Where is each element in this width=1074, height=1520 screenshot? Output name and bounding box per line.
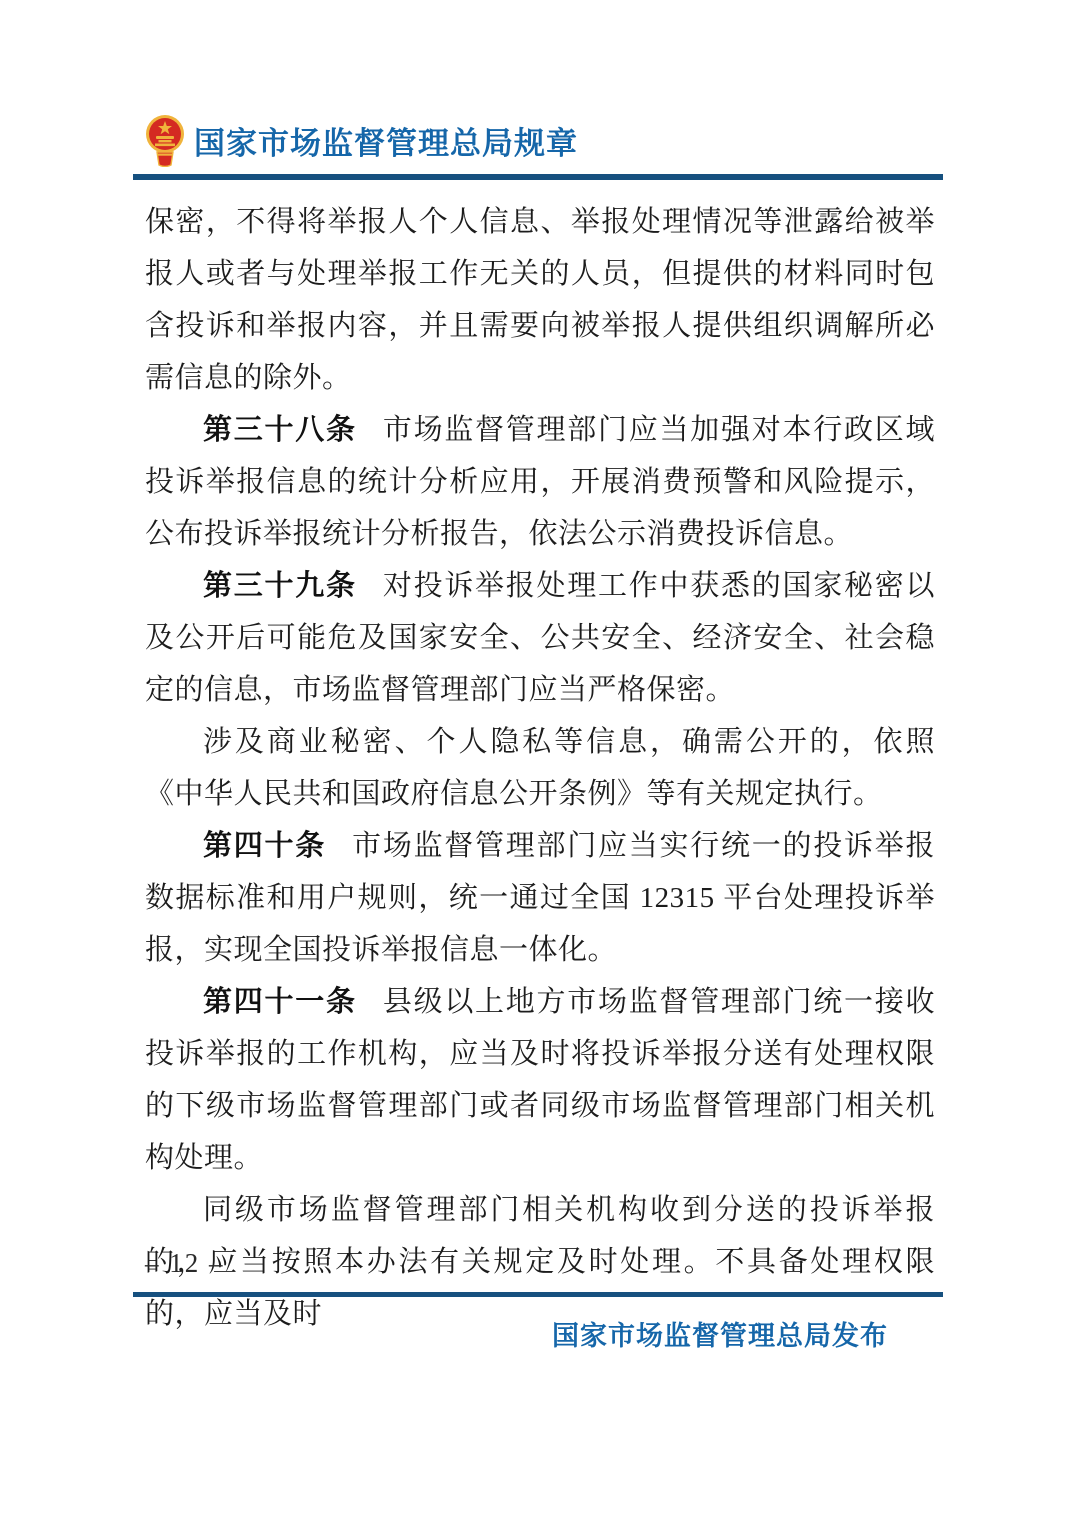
document-page: 国家市场监督管理总局规章 保密，不得将举报人个人信息、举报处理情况等泄露给被举报… <box>0 0 1074 1520</box>
page-header: 国家市场监督管理总局规章 <box>145 113 578 167</box>
document-header-title: 国家市场监督管理总局规章 <box>194 118 578 163</box>
header-rule-line <box>133 174 943 180</box>
paragraph: 涉及商业秘密、个人隐私等信息，确需公开的，依照《中华人民共和国政府信息公开条例》… <box>145 716 935 820</box>
paragraph-text: 保密，不得将举报人个人信息、举报处理情况等泄露给被举报人或者与处理举报工作无关的… <box>145 206 935 394</box>
publisher-line: 国家市场监督管理总局发布 <box>133 1314 943 1353</box>
paragraph: 第四十条市场监督管理部门应当实行统一的投诉举报数据标准和用户规则，统一通过全国 … <box>145 820 935 976</box>
article-number: 第三十九条 <box>203 570 357 602</box>
paragraph-text: 同级市场监督管理部门相关机构收到分送的投诉举报的，应当按照本办法有关规定及时处理… <box>145 1194 935 1330</box>
paragraph: 第三十八条市场监督管理部门应当加强对本行政区域投诉举报信息的统计分析应用，开展消… <box>145 404 935 560</box>
paragraph: 保密，不得将举报人个人信息、举报处理情况等泄露给被举报人或者与处理举报工作无关的… <box>145 196 935 404</box>
paragraph: 第四十一条县级以上地方市场监督管理部门统一接收投诉举报的工作机构，应当及时将投诉… <box>145 976 935 1184</box>
paragraph-text: 涉及商业秘密、个人隐私等信息，确需公开的，依照《中华人民共和国政府信息公开条例》… <box>145 726 935 810</box>
article-number: 第四十一条 <box>203 986 357 1018</box>
article-number: 第四十条 <box>203 830 326 862</box>
page-number: – 12 – <box>145 1248 225 1279</box>
article-number: 第三十八条 <box>203 414 357 446</box>
national-emblem-icon <box>145 113 185 167</box>
document-body: 保密，不得将举报人个人信息、举报处理情况等泄露给被举报人或者与处理举报工作无关的… <box>145 196 935 1340</box>
footer-rule-line <box>133 1292 943 1297</box>
paragraph: 第三十九条对投诉举报处理工作中获悉的国家秘密以及公开后可能危及国家安全、公共安全… <box>145 560 935 716</box>
